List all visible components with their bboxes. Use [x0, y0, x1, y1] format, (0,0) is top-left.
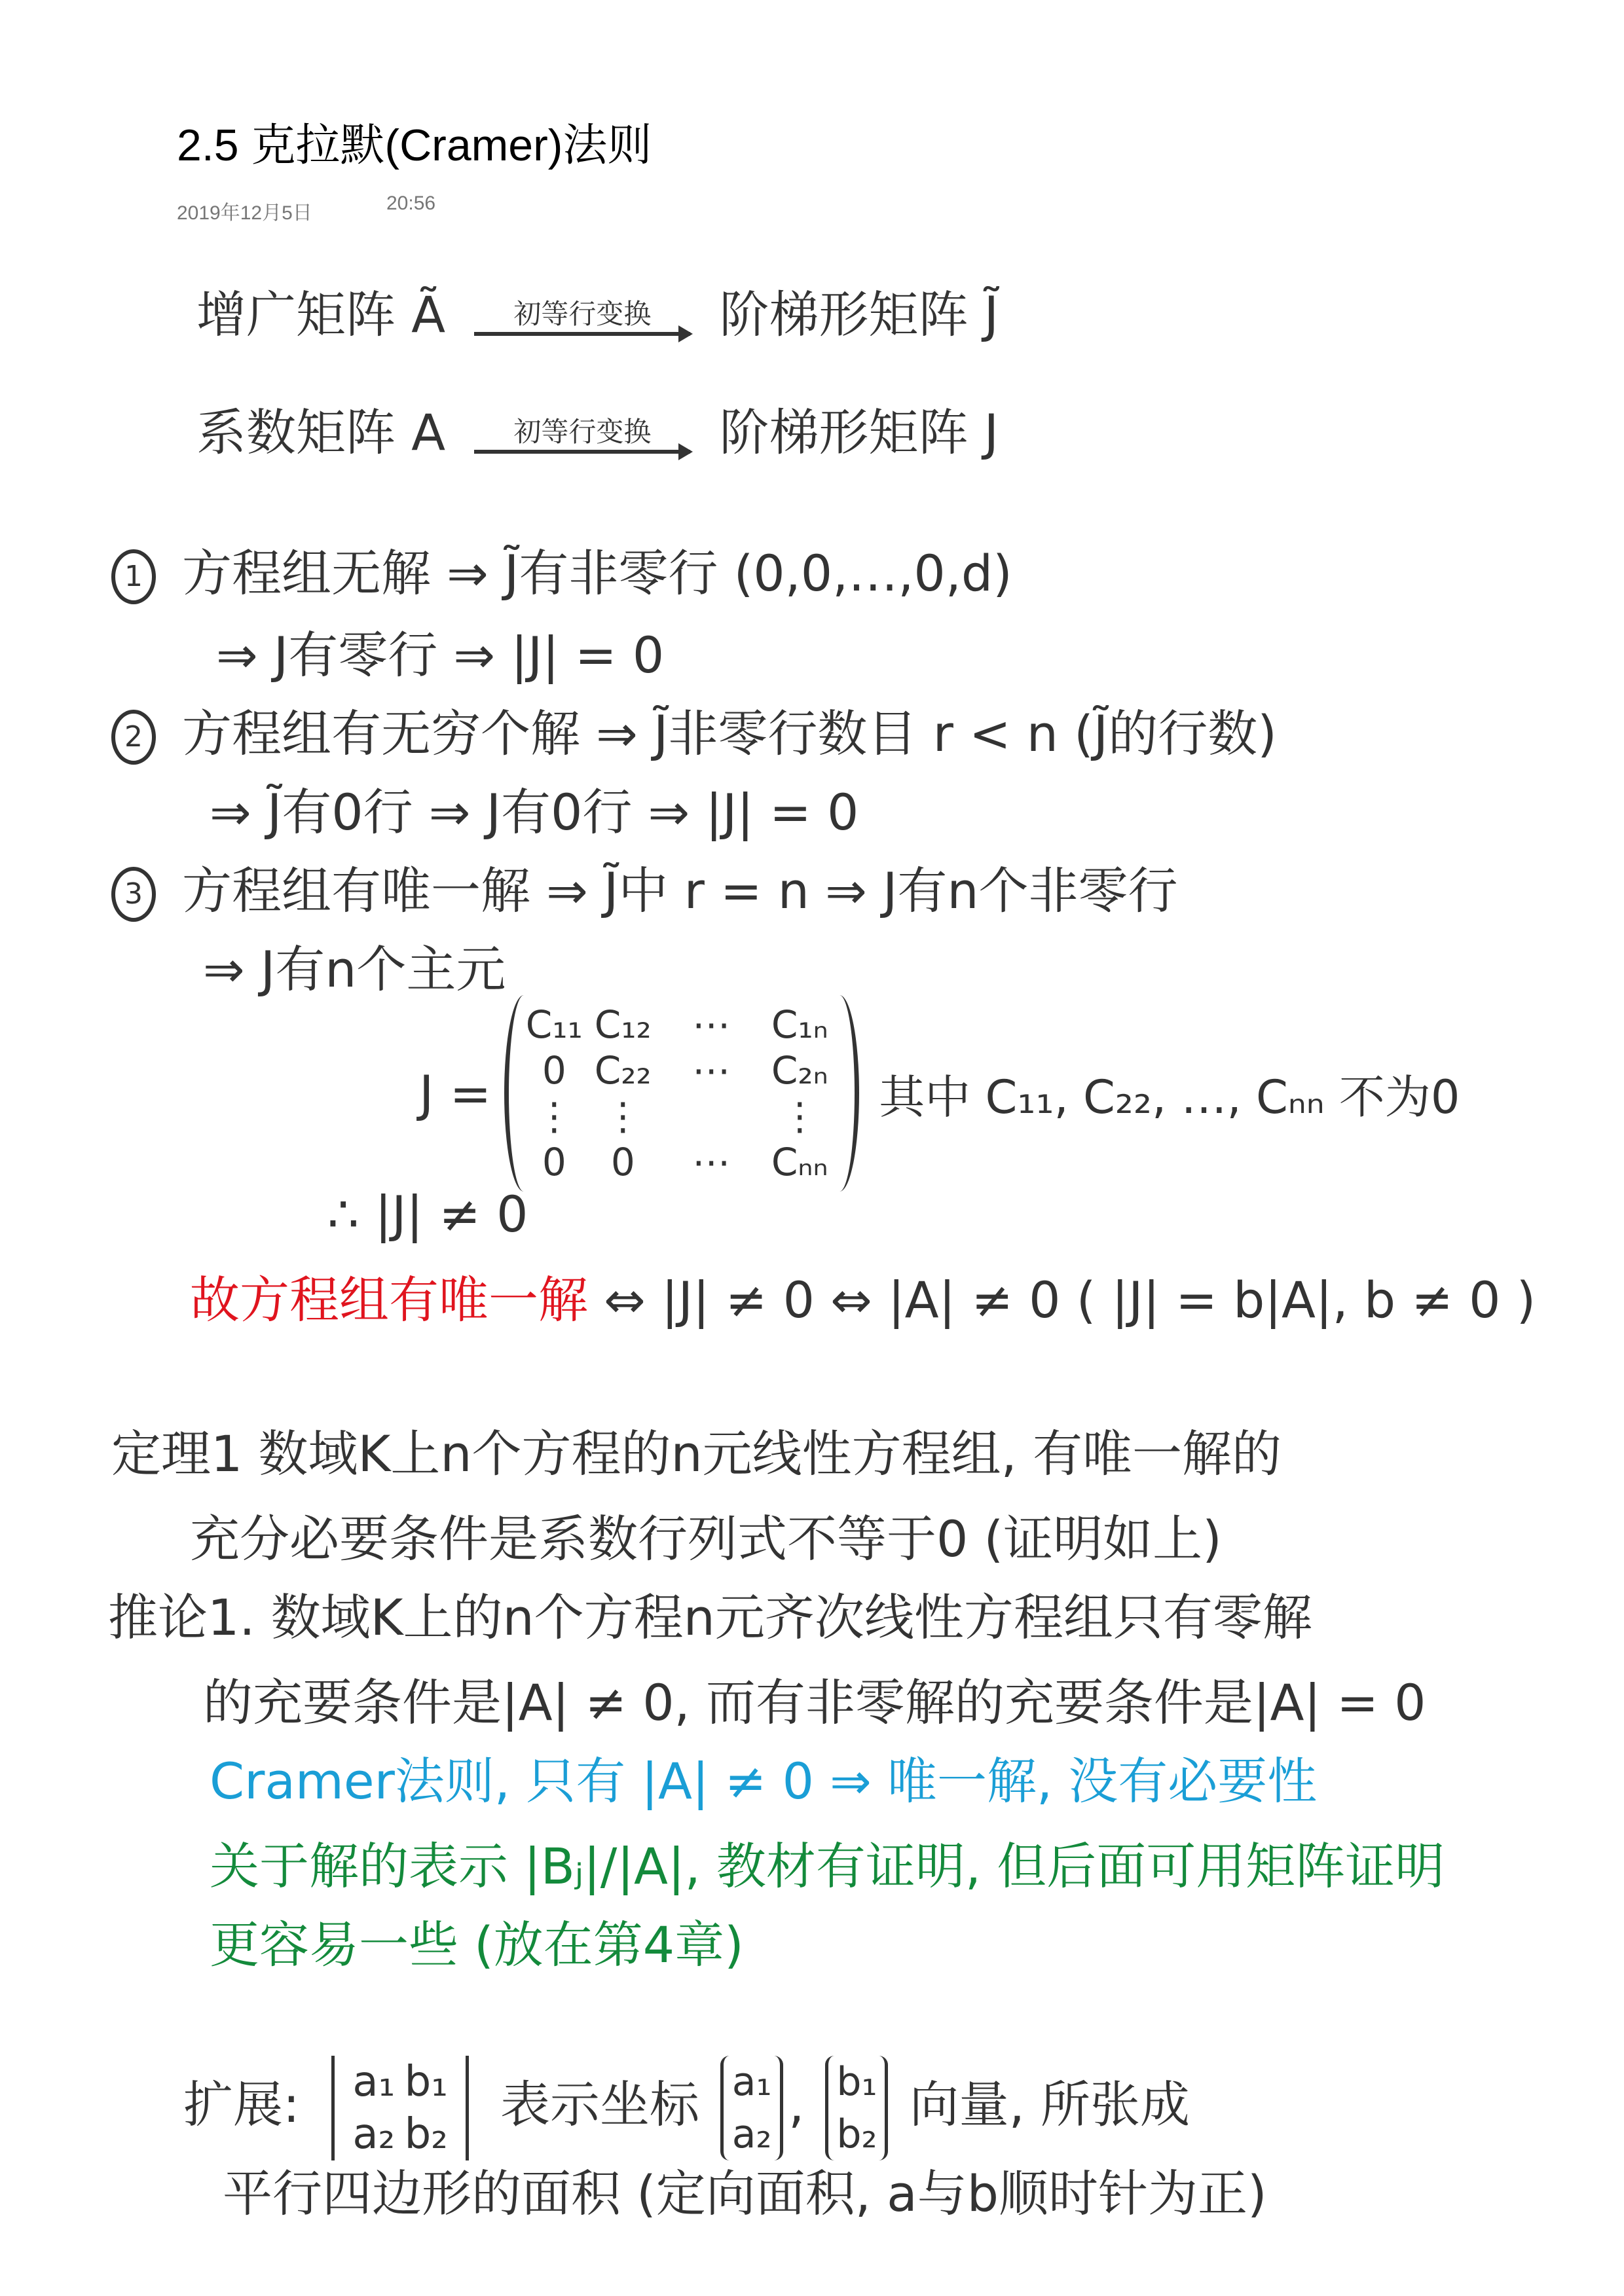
extension-line-1: 扩展: a₁ b₁ a₂ b₂ 表示坐标 a₁ a₂ , b₁ b₂ 向量, 所…: [183, 2056, 1190, 2160]
case-1-continued: ⇒ J有零行 ⇒ |J| = 0: [216, 615, 664, 687]
solution-formula-note: 关于解的表示 |Bⱼ|/|A|, 教材有证明, 但后面可用矩阵证明: [210, 1827, 1445, 1898]
page-title: 2.5 克拉默(Cramer)法则: [177, 110, 652, 173]
conclusion-equivalence: ⇔ |J| ≠ 0 ⇔ |A| ≠ 0 ( |J| = b|A|, b ≠ 0 …: [604, 1271, 1536, 1329]
det-cell: a₂: [352, 2110, 395, 2159]
matrix-cell: ⋮: [535, 1094, 573, 1139]
case-2-continued: ⇒ J̃有0行 ⇒ J有0行 ⇒ |J| = 0: [210, 773, 858, 844]
intro-line-2: 系数矩阵 A 初等行变换 阶梯形矩阵 J: [196, 393, 999, 464]
case-2: 2方程组有无穷个解 ⇒ J̃非零行数目 r < n (J̃的行数): [111, 694, 1277, 765]
vector-cell: a₁: [732, 2059, 772, 2105]
matrix-body: C₁₁ C₁₂ ⋯ C₁ₙ 0 C₂₂ ⋯ C₂ₙ ⋮ ⋮ ⋮ 0 0 ⋯ Cₙ…: [504, 995, 859, 1192]
intro-right: 阶梯形矩阵 J: [720, 403, 999, 462]
theorem-line-2: 充分必要条件是系数行列式不等于0 (证明如上): [190, 1499, 1222, 1571]
matrix-cell: ⋯: [692, 1002, 730, 1047]
case-text: 方程组有唯一解 ⇒ J̃中 r = n ⇒ J有n个非零行: [182, 862, 1178, 920]
matrix-note: 其中 C₁₁, C₂₂, …, Cₙₙ 不为0: [879, 1061, 1460, 1127]
upper-triangular-matrix: J = C₁₁ C₁₂ ⋯ C₁ₙ 0 C₂₂ ⋯ C₂ₙ ⋮ ⋮ ⋮ 0 0 …: [419, 995, 1460, 1192]
case-1: 1方程组无解 ⇒ J̃有非零行 (0,0,…,0,d): [111, 534, 1012, 605]
note-date: 2019年12月5日: [177, 196, 312, 225]
intro-left: 增广矩阵 Ã: [196, 285, 445, 344]
corollary-line-2: 的充要条件是|A| ≠ 0, 而有非零解的充要条件是|A| = 0: [203, 1663, 1426, 1734]
matrix-cell: C₂₂: [595, 1048, 652, 1093]
theorem-line-1: 定理1 数域K上n个方程的n元线性方程组, 有唯一解的: [111, 1414, 1282, 1485]
matrix-cell: C₁₁: [526, 1002, 583, 1047]
matrix-cell: ⋯: [692, 1048, 730, 1093]
extension-text: 向量, 所张成: [910, 2075, 1190, 2134]
cramer-note: Cramer法则, 只有 |A| ≠ 0 ⇒ 唯一解, 没有必要性: [210, 1741, 1317, 1813]
matrix-cell: C₁ₙ: [771, 1002, 828, 1047]
case-3: 3方程组有唯一解 ⇒ J̃中 r = n ⇒ J有n个非零行: [111, 851, 1178, 922]
matrix-cell: ⋯: [692, 1140, 730, 1184]
det-cell: b₁: [405, 2058, 448, 2106]
determinant-2x2: a₁ b₁ a₂ b₂: [331, 2056, 469, 2160]
extension-text: 表示坐标: [500, 2075, 699, 2134]
arrow-label: 初等行变换: [513, 418, 651, 446]
conclusion-highlight: 故方程组有唯一解: [190, 1271, 588, 1329]
corollary-line-1: 推论1. 数域K上的n个方程n元齐次线性方程组只有零解: [108, 1578, 1312, 1649]
matrix-cell: 0: [542, 1140, 566, 1184]
case-text: 方程组无解 ⇒ J̃有非零行 (0,0,…,0,d): [182, 544, 1012, 602]
transform-arrow: 初等行变换: [474, 418, 690, 454]
case-3-continued: ⇒ J有n个主元: [203, 930, 506, 1001]
circled-number-icon: 3: [111, 867, 156, 922]
matrix-label: J =: [419, 1065, 491, 1123]
det-cell: a₁: [352, 2058, 395, 2106]
vector-cell: b₁: [836, 2059, 877, 2105]
intro-right: 阶梯形矩阵 J̃: [720, 285, 999, 344]
solution-formula-note-continued: 更容易一些 (放在第4章): [210, 1905, 744, 1977]
matrix-cell: 0: [542, 1048, 566, 1093]
vector-cell: b₂: [836, 2111, 877, 2157]
matrix-cell: C₁₂: [595, 1002, 652, 1047]
intro-line-1: 增广矩阵 Ã 初等行变换 阶梯形矩阵 J̃: [196, 275, 999, 346]
intro-left: 系数矩阵 A: [196, 403, 445, 462]
therefore-line: ∴ |J| ≠ 0: [327, 1185, 528, 1243]
arrow-label: 初等行变换: [513, 301, 651, 328]
right-arrow-icon: [474, 450, 690, 454]
det-cell: b₂: [405, 2110, 448, 2159]
circled-number-icon: 2: [111, 710, 156, 765]
case-text: 方程组有无穷个解 ⇒ J̃非零行数目 r < n (J̃的行数): [182, 704, 1277, 763]
matrix-cell: 0: [611, 1140, 635, 1184]
extension-label: 扩展:: [183, 2075, 300, 2134]
matrix-cell: ⋮: [781, 1094, 819, 1139]
transform-arrow: 初等行变换: [474, 301, 690, 336]
vector-a: a₁ a₂: [720, 2056, 783, 2160]
vector-cell: a₂: [732, 2111, 772, 2157]
matrix-cell: Cₙₙ: [771, 1140, 828, 1184]
conclusion-line: 故方程组有唯一解 ⇔ |J| ≠ 0 ⇔ |A| ≠ 0 ( |J| = b|A…: [190, 1260, 1536, 1332]
right-arrow-icon: [474, 332, 690, 336]
matrix-cell: ⋮: [604, 1094, 642, 1139]
note-time: 20:56: [386, 192, 435, 215]
matrix-cell: C₂ₙ: [771, 1048, 828, 1093]
extension-line-2: 平行四边形的面积 (定向面积, a与b顺时针为正): [223, 2154, 1267, 2225]
vector-b: b₁ b₂: [825, 2056, 888, 2160]
circled-number-icon: 1: [111, 549, 156, 604]
